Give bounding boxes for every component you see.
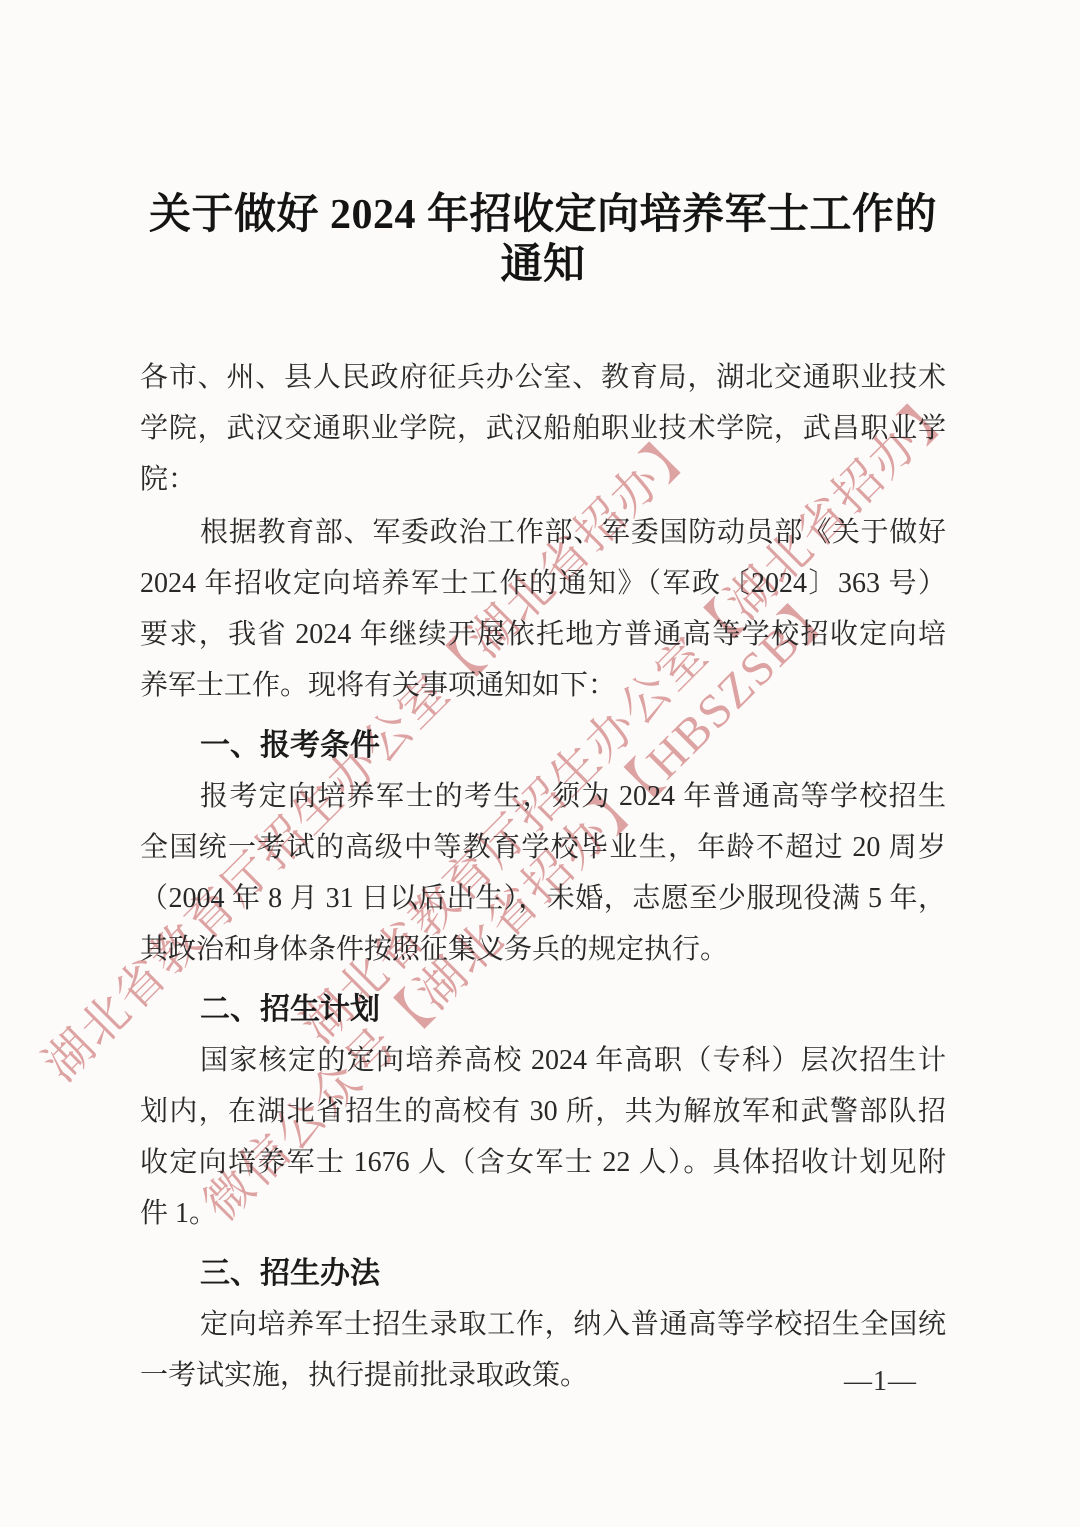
page-number: —1—: [844, 1366, 917, 1398]
body-line: 全国统一考试的高级中等教育学校毕业生，年龄不超过 20 周岁: [140, 822, 946, 873]
body-line: 要求，我省 2024 年继续开展依托地方普通高等学校招收定向培: [140, 609, 946, 660]
body-line: 院：: [140, 454, 946, 505]
section-heading: 三、招生办法: [140, 1248, 946, 1299]
body-line: 养军士工作。现将有关事项通知如下：: [140, 660, 946, 711]
document-page: 湖北省教育厅招生办公室【湖北省招办】湖北省教育厅招生办公室【湖北省招办】微信公众…: [0, 0, 1080, 1527]
body-line: 学院，武汉交通职业学院，武汉船舶职业技术学院，武昌职业学: [140, 403, 946, 454]
section-heading: 一、报考条件: [140, 720, 946, 771]
body-line: 划内，在湖北省招生的高校有 30 所，共为解放军和武警部队招: [140, 1086, 946, 1137]
body-line: 定向培养军士招生录取工作，纳入普通高等学校招生全国统: [140, 1299, 946, 1350]
section-heading: 二、招生计划: [140, 984, 946, 1035]
body-line: 各市、州、县人民政府征兵办公室、教育局，湖北交通职业技术: [140, 352, 946, 403]
document-content: 关于做好 2024 年招收定向培养军士工作的通知 各市、州、县人民政府征兵办公室…: [140, 0, 946, 1401]
body-line: 件 1。: [140, 1188, 946, 1239]
body-line: 2024 年招收定向培养军士工作的通知》（军政〔2024〕363 号）: [140, 558, 946, 609]
document-title: 关于做好 2024 年招收定向培养军士工作的通知: [140, 190, 946, 290]
body-line: 报考定向培养军士的考生，须为 2024 年普通高等学校招生: [140, 771, 946, 822]
body-line: 根据教育部、军委政治工作部、军委国防动员部《关于做好: [140, 507, 946, 558]
body-line: 收定向培养军士 1676 人（含女军士 22 人）。具体招收计划见附: [140, 1137, 946, 1188]
body-line: 其政治和身体条件按照征集义务兵的规定执行。: [140, 924, 946, 975]
body-line: 一考试实施，执行提前批录取政策。: [140, 1350, 946, 1401]
document-body: 各市、州、县人民政府征兵办公室、教育局，湖北交通职业技术学院，武汉交通职业学院，…: [140, 352, 946, 1401]
body-line: （2004 年 8 月 31 日以后出生），未婚，志愿至少服现役满 5 年，: [140, 873, 946, 924]
body-line: 国家核定的定向培养高校 2024 年高职（专科）层次招生计: [140, 1035, 946, 1086]
